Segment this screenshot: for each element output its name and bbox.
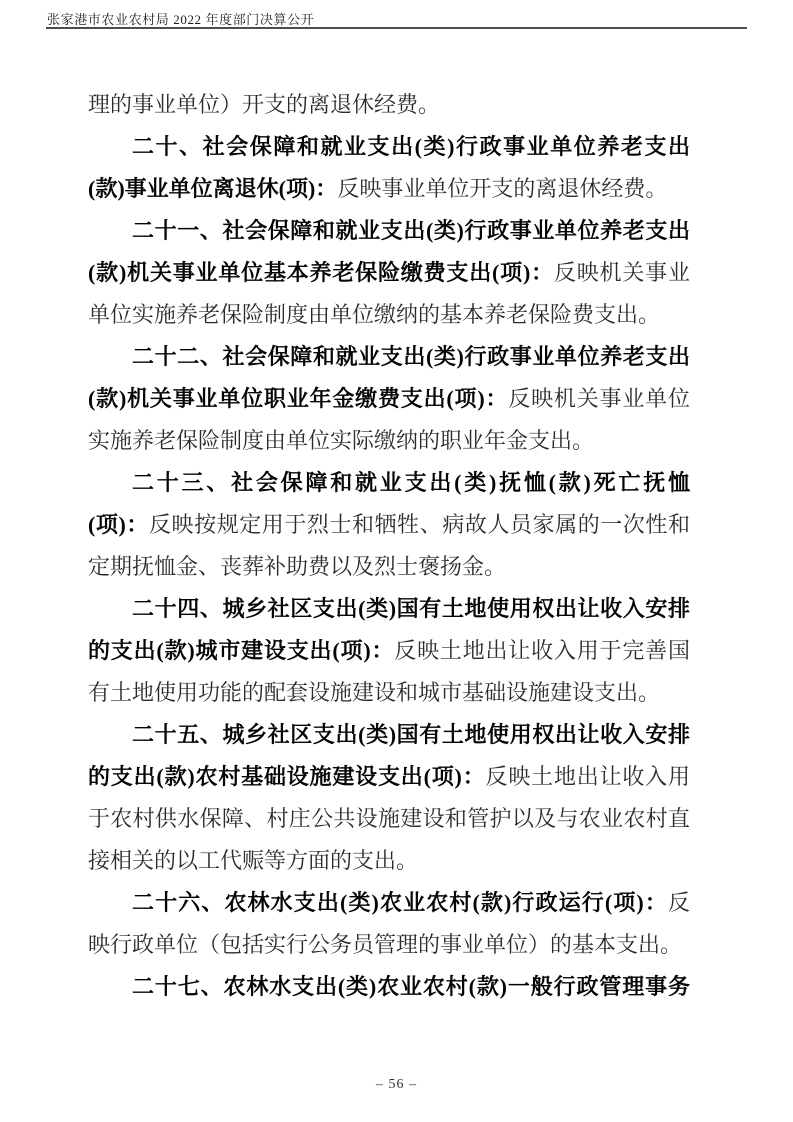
paragraph-line: 二十五、城乡社区支出(类)国有土地使用权出让收入安排 bbox=[88, 714, 690, 756]
text-segment: 反映按规定用于烈士和牺牲、病故人员家属的一次性和 bbox=[149, 512, 690, 537]
text-segment: 反映机关事业单位 bbox=[508, 386, 690, 411]
paragraph-line: 映行政单位（包括实行公务员管理的事业单位）的基本支出。 bbox=[88, 924, 690, 966]
paragraph-line: 二十七、农林水支出(类)农业农村(款)一般行政管理事务 bbox=[88, 966, 690, 1008]
text-segment: 反映事业单位开支的离退休经费。 bbox=[337, 176, 667, 201]
paragraph-line: 实施养老保险制度由单位实际缴纳的职业年金支出。 bbox=[88, 420, 690, 462]
paragraph-line: 二十二、社会保障和就业支出(类)行政事业单位养老支出 bbox=[88, 336, 690, 378]
paragraph-line: 二十六、农林水支出(类)农业农村(款)行政运行(项)：反 bbox=[88, 882, 690, 924]
text-segment: 理的事业单位）开支的离退休经费。 bbox=[88, 92, 440, 117]
page-number: – 56 – bbox=[376, 1077, 417, 1092]
header-rule bbox=[46, 27, 747, 29]
heading-segment: (项)： bbox=[88, 512, 149, 537]
heading-segment: 二十一、社会保障和就业支出(类)行政事业单位养老支出 bbox=[132, 218, 690, 243]
paragraph-line: 单位实施养老保险制度由单位缴纳的基本养老保险费支出。 bbox=[88, 294, 690, 336]
heading-segment: 二十二、社会保障和就业支出(类)行政事业单位养老支出 bbox=[132, 344, 690, 369]
heading-segment: 二十四、城乡社区支出(类)国有土地使用权出让收入安排 bbox=[132, 596, 690, 621]
heading-segment: 二十五、城乡社区支出(类)国有土地使用权出让收入安排 bbox=[132, 722, 690, 747]
text-segment: 接相关的以工代赈等方面的支出。 bbox=[88, 848, 418, 873]
paragraph-line: 的支出(款)农村基础设施建设支出(项)：反映土地出让收入用 bbox=[88, 756, 690, 798]
text-segment: 映行政单位（包括实行公务员管理的事业单位）的基本支出。 bbox=[88, 932, 682, 957]
paragraph-line: (款)事业单位离退休(项)：反映事业单位开支的离退休经费。 bbox=[88, 168, 690, 210]
text-segment: 反 bbox=[668, 890, 690, 915]
heading-segment: 二十三、社会保障和就业支出(类)抚恤(款)死亡抚恤 bbox=[132, 470, 690, 495]
text-segment: 于农村供水保障、村庄公共设施建设和管护以及与农业农村直 bbox=[88, 806, 690, 831]
paragraph-line: (项)：反映按规定用于烈士和牺牲、病故人员家属的一次性和 bbox=[88, 504, 690, 546]
paragraph-line: 二十四、城乡社区支出(类)国有土地使用权出让收入安排 bbox=[88, 588, 690, 630]
paragraph-line: 接相关的以工代赈等方面的支出。 bbox=[88, 840, 690, 882]
paragraph-line: 的支出(款)城市建设支出(项)：反映土地出让收入用于完善国 bbox=[88, 630, 690, 672]
text-segment: 反映机关事业 bbox=[554, 260, 690, 285]
paragraph-line: 理的事业单位）开支的离退休经费。 bbox=[88, 84, 690, 126]
text-segment: 有土地使用功能的配套设施建设和城市基础设施建设支出。 bbox=[88, 680, 660, 705]
text-segment: 实施养老保险制度由单位实际缴纳的职业年金支出。 bbox=[88, 428, 594, 453]
paragraph-line: 于农村供水保障、村庄公共设施建设和管护以及与农业农村直 bbox=[88, 798, 690, 840]
heading-segment: (款)机关事业单位基本养老保险缴费支出(项)： bbox=[88, 260, 554, 285]
header-title: 张家港市农业农村局 2022 年度部门决算公开 bbox=[47, 9, 314, 28]
page-footer: – 56 – bbox=[0, 1077, 793, 1093]
heading-segment: 二十、社会保障和就业支出(类)行政事业单位养老支出 bbox=[132, 134, 690, 159]
heading-segment: 二十六、农林水支出(类)农业农村(款)行政运行(项)： bbox=[132, 890, 668, 915]
text-segment: 定期抚恤金、丧葬补助费以及烈士褒扬金。 bbox=[88, 554, 506, 579]
text-segment: 反映土地出让收入用 bbox=[486, 764, 690, 789]
heading-segment: 二十七、农林水支出(类)农业农村(款)一般行政管理事务 bbox=[132, 974, 690, 999]
heading-segment: (款)事业单位离退休(项)： bbox=[88, 176, 337, 201]
text-segment: 单位实施养老保险制度由单位缴纳的基本养老保险费支出。 bbox=[88, 302, 660, 327]
text-segment: 反映土地出让收入用于完善国 bbox=[394, 638, 690, 663]
paragraph-line: 二十、社会保障和就业支出(类)行政事业单位养老支出 bbox=[88, 126, 690, 168]
document-page: 张家港市农业农村局 2022 年度部门决算公开 理的事业单位）开支的离退休经费。… bbox=[0, 0, 793, 1122]
document-body: 理的事业单位）开支的离退休经费。二十、社会保障和就业支出(类)行政事业单位养老支… bbox=[88, 84, 690, 1008]
paragraph-line: 定期抚恤金、丧葬补助费以及烈士褒扬金。 bbox=[88, 546, 690, 588]
heading-segment: 的支出(款)农村基础设施建设支出(项)： bbox=[88, 764, 486, 789]
heading-segment: 的支出(款)城市建设支出(项)： bbox=[88, 638, 394, 663]
paragraph-line: 有土地使用功能的配套设施建设和城市基础设施建设支出。 bbox=[88, 672, 690, 714]
heading-segment: (款)机关事业单位职业年金缴费支出(项)： bbox=[88, 386, 508, 411]
paragraph-line: (款)机关事业单位基本养老保险缴费支出(项)：反映机关事业 bbox=[88, 252, 690, 294]
paragraph-line: (款)机关事业单位职业年金缴费支出(项)：反映机关事业单位 bbox=[88, 378, 690, 420]
paragraph-line: 二十三、社会保障和就业支出(类)抚恤(款)死亡抚恤 bbox=[88, 462, 690, 504]
paragraph-line: 二十一、社会保障和就业支出(类)行政事业单位养老支出 bbox=[88, 210, 690, 252]
